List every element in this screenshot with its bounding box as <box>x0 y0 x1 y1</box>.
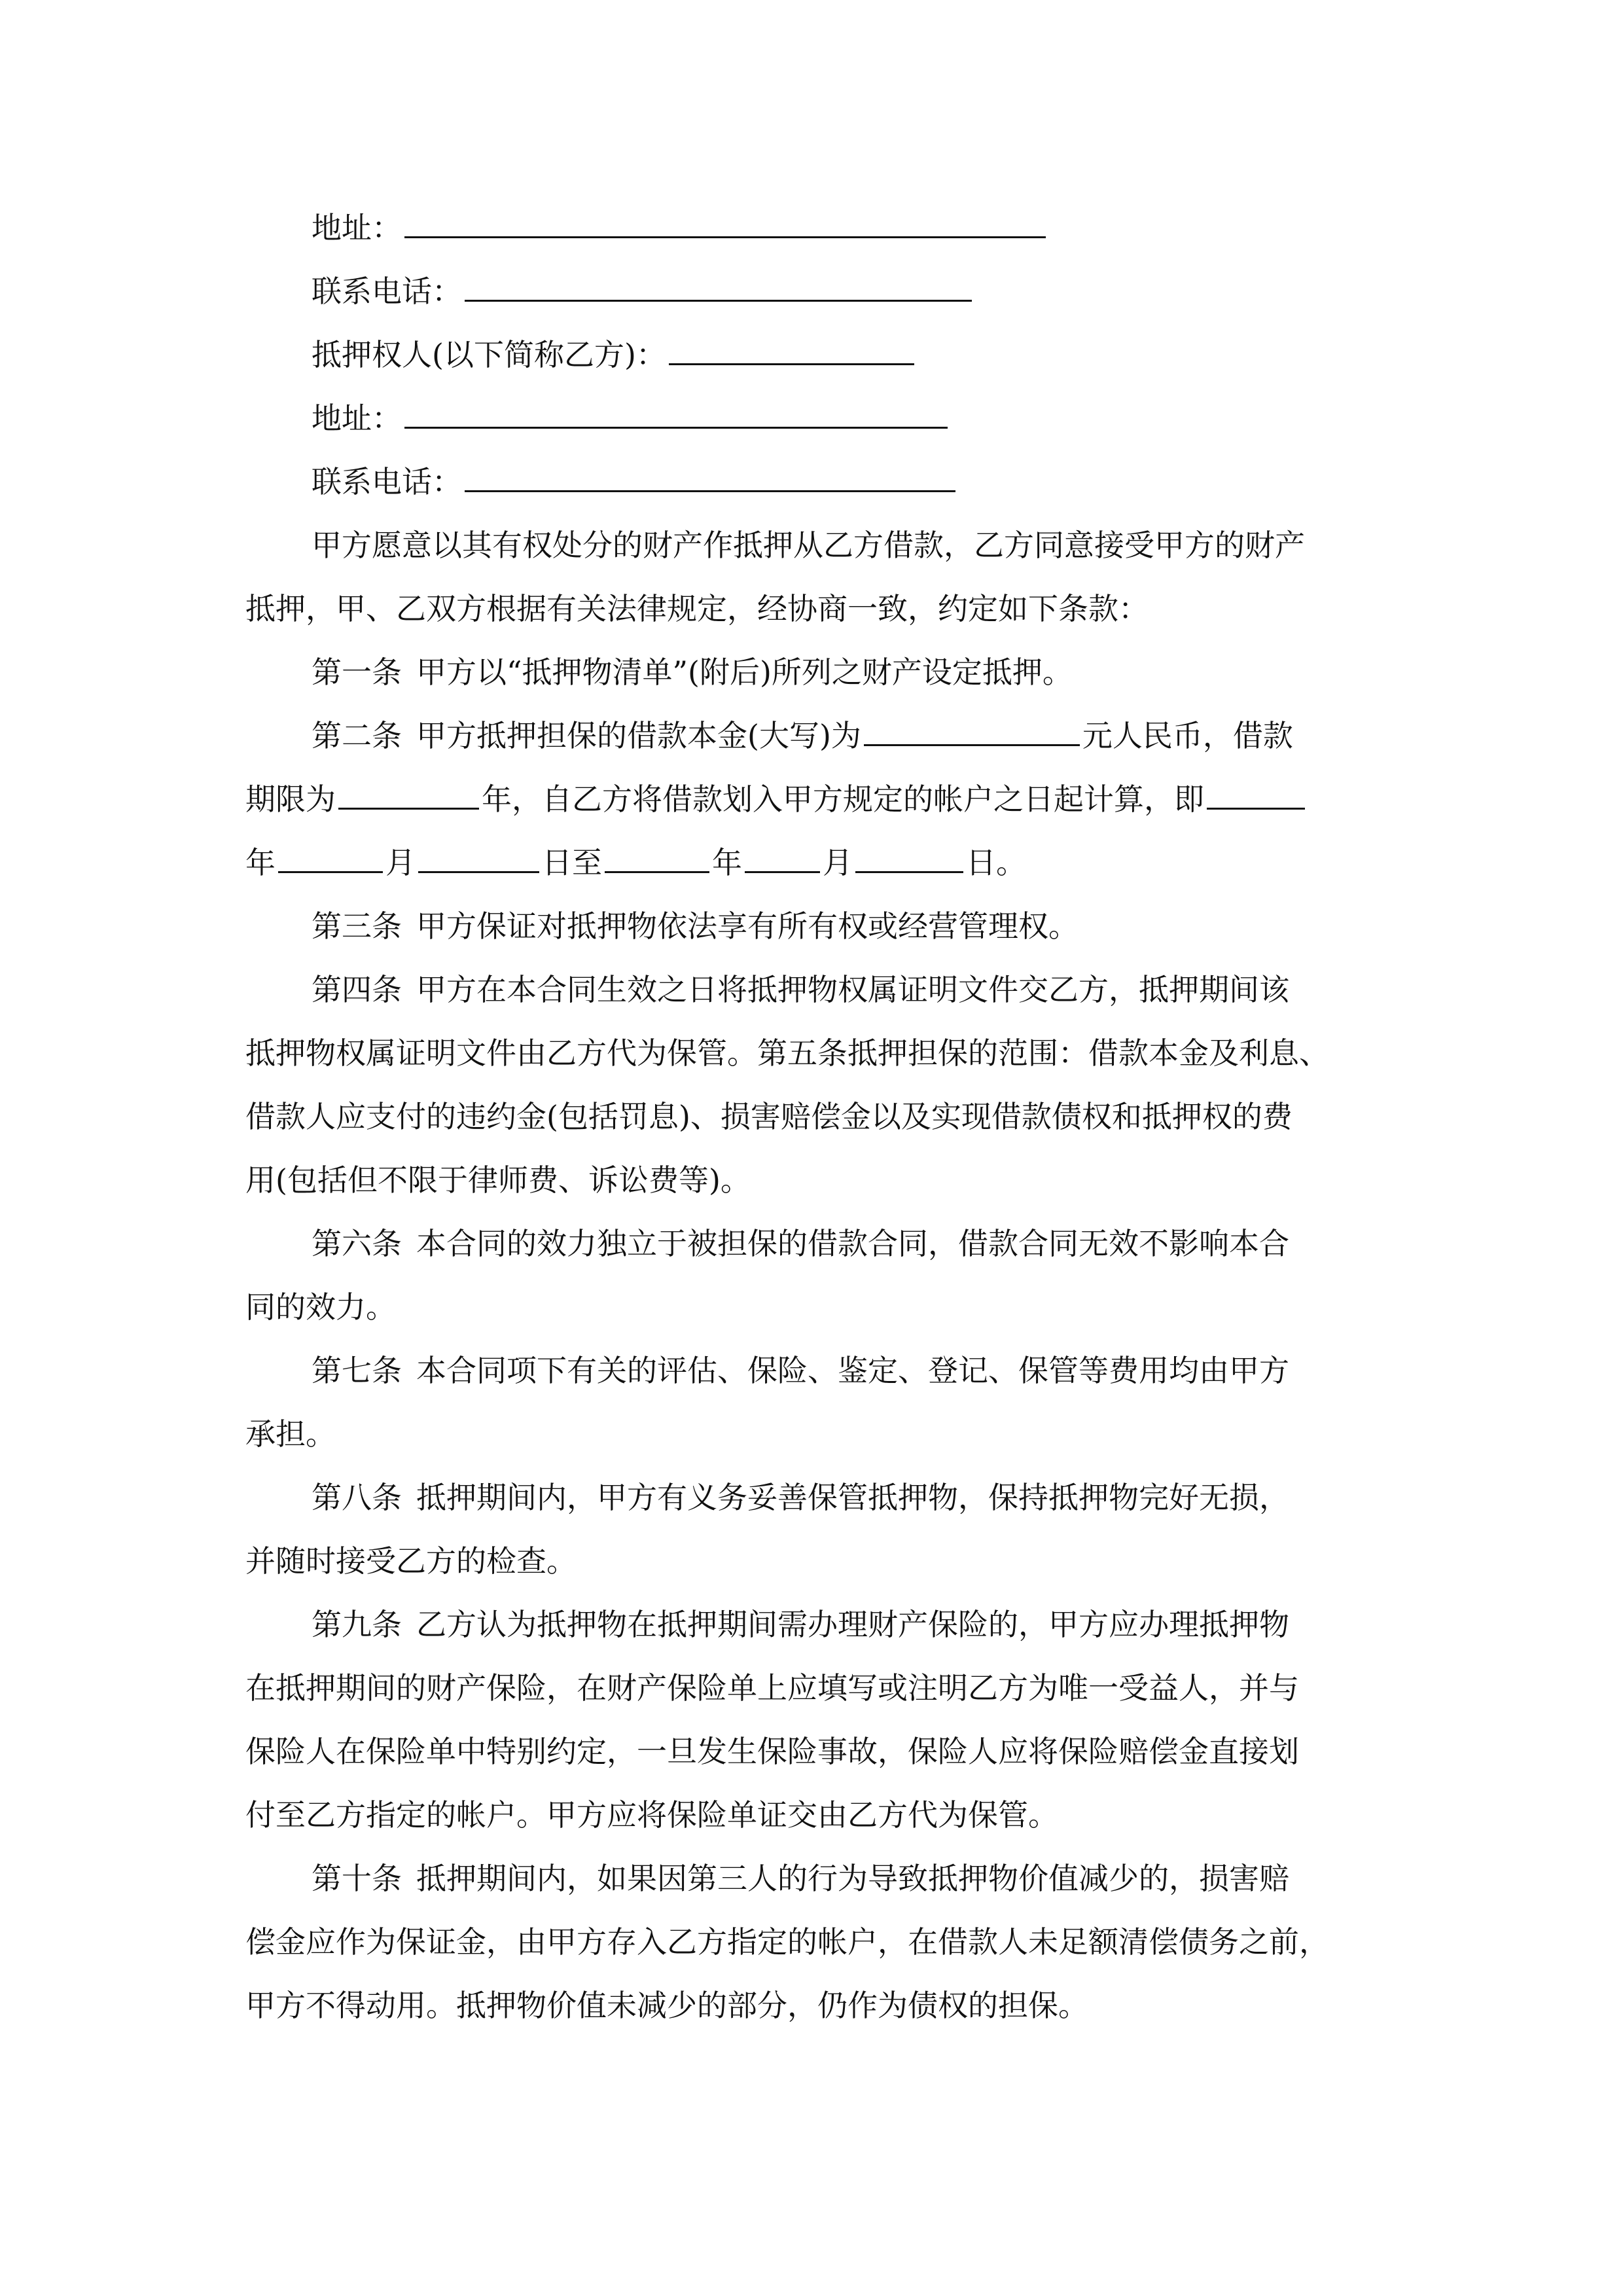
article-title: 第四条 <box>312 972 402 1007</box>
article-10: 第十条抵押期间内，如果因第三人的行为导致抵押物价值减少的，损害赔 <box>245 1847 1374 1910</box>
field-address-b: 地址： <box>245 387 1374 450</box>
article-4-line: 抵押物权属证明文件由乙方代为保管。第五条抵押担保的范围：借款本金及利息、 <box>245 1022 1374 1085</box>
article-10-line: 偿金应作为保证金，由甲方存入乙方指定的帐户，在借款人未足额清偿债务之前， <box>245 1910 1374 1974</box>
end-year-blank[interactable] <box>605 845 709 873</box>
article-text: 抵押期间内，甲方有义务妥善保管抵押物，保持抵押物完好无损， <box>416 1480 1289 1515</box>
field-label: 抵押权人(以下简称乙方)： <box>312 337 666 372</box>
article-10-line: 甲方不得动用。抵押物价值未减少的部分，仍作为债权的担保。 <box>245 1974 1374 2037</box>
article-7: 第七条本合同项下有关的评估、保险、鉴定、登记、保管等费用均由甲方 <box>245 1339 1374 1403</box>
article-4: 第四条甲方在本合同生效之日将抵押物权属证明文件交乙方，抵押期间该 <box>245 958 1374 1022</box>
article-text: 甲方以“抵押物清单”(附后)所列之财产设定抵押。 <box>416 655 1073 690</box>
article-text: 期限为 <box>245 781 336 817</box>
article-3: 第三条甲方保证对抵押物依法享有所有权或经营管理权。 <box>245 895 1374 958</box>
article-9-line: 在抵押期间的财产保险，在财产保险单上应填写或注明乙方为唯一受益人，并与 <box>245 1657 1374 1720</box>
contract-page: 地址： 联系电话： 抵押权人(以下简称乙方)： 地址： 联系电话： 甲方愿意以其… <box>245 196 1374 2037</box>
field-phone-b: 联系电话： <box>245 450 1374 514</box>
article-text: 本合同的效力独立于被担保的借款合同，借款合同无效不影响本合 <box>416 1226 1289 1261</box>
phone-blank[interactable] <box>465 274 972 302</box>
article-text: 甲方在本合同生效之日将抵押物权属证明文件交乙方，抵押期间该 <box>416 972 1289 1007</box>
article-6-line: 同的效力。 <box>245 1276 1374 1339</box>
article-text: 抵押期间内，如果因第三人的行为导致抵押物价值减少的，损害赔 <box>416 1861 1289 1896</box>
field-label: 地址： <box>312 210 402 245</box>
article-text: 甲方抵押担保的借款本金(大写)为 <box>416 718 861 753</box>
article-4-line: 借款人应支付的违约金(包括罚息)、损害赔偿金以及实现借款债权和抵押权的费 <box>245 1085 1374 1149</box>
field-label: 地址： <box>312 401 402 436</box>
date-label: 日至 <box>542 845 602 880</box>
article-title: 第十条 <box>312 1861 402 1896</box>
address-blank[interactable] <box>404 210 1046 238</box>
field-label: 联系电话： <box>312 464 462 499</box>
article-2-dates: 年月日至年月日。 <box>245 831 1374 895</box>
field-address-a: 地址： <box>245 196 1374 260</box>
field-phone-a: 联系电话： <box>245 260 1374 323</box>
article-text: 本合同项下有关的评估、保险、鉴定、登记、保管等费用均由甲方 <box>416 1353 1289 1388</box>
preamble-line: 甲方愿意以其有权处分的财产作抵押从乙方借款，乙方同意接受甲方的财产 <box>245 514 1374 577</box>
article-text: 年，自乙方将借款划入甲方规定的帐户之日起计算，即 <box>482 781 1204 817</box>
article-6: 第六条本合同的效力独立于被担保的借款合同，借款合同无效不影响本合 <box>245 1212 1374 1276</box>
article-title: 第八条 <box>312 1480 402 1515</box>
date-label: 年 <box>245 845 276 880</box>
article-text: 乙方认为抵押物在抵押期间需办理财产保险的，甲方应办理抵押物 <box>416 1607 1289 1642</box>
date-label: 年 <box>712 845 742 880</box>
date-label: 月 <box>385 845 416 880</box>
field-mortgagee: 抵押权人(以下简称乙方)： <box>245 323 1374 387</box>
mortgagee-blank[interactable] <box>669 337 914 365</box>
article-8: 第八条抵押期间内，甲方有义务妥善保管抵押物，保持抵押物完好无损， <box>245 1466 1374 1530</box>
field-label: 联系电话： <box>312 274 462 309</box>
article-title: 第一条 <box>312 655 402 690</box>
preamble-line: 抵押，甲、乙双方根据有关法律规定，经协商一致，约定如下条款： <box>245 577 1374 641</box>
address-blank[interactable] <box>404 401 948 429</box>
start-year-blank[interactable] <box>1207 781 1305 810</box>
article-title: 第七条 <box>312 1353 402 1388</box>
article-title: 第九条 <box>312 1607 402 1642</box>
article-9-line: 付至乙方指定的帐户。甲方应将保险单证交由乙方代为保管。 <box>245 1784 1374 1847</box>
article-4-line: 用(包括但不限于律师费、诉讼费等)。 <box>245 1149 1374 1212</box>
date-label: 日。 <box>966 845 1026 880</box>
article-title: 第六条 <box>312 1226 402 1261</box>
start-month-blank[interactable] <box>278 845 383 873</box>
article-8-line: 并随时接受乙方的检查。 <box>245 1530 1374 1593</box>
article-9-line: 保险人在保险单中特别约定，一旦发生保险事故，保险人应将保险赔偿金直接划 <box>245 1720 1374 1784</box>
article-text: 元人民币，借款 <box>1082 718 1293 753</box>
article-7-line: 承担。 <box>245 1403 1374 1466</box>
article-9: 第九条乙方认为抵押物在抵押期间需办理财产保险的，甲方应办理抵押物 <box>245 1593 1374 1657</box>
date-label: 月 <box>823 845 853 880</box>
article-1: 第一条甲方以“抵押物清单”(附后)所列之财产设定抵押。 <box>245 641 1374 704</box>
principal-amount-blank[interactable] <box>864 718 1080 746</box>
end-month-blank[interactable] <box>745 845 820 873</box>
start-day-blank[interactable] <box>418 845 539 873</box>
term-years-blank[interactable] <box>338 781 479 810</box>
article-2-line: 期限为年，自乙方将借款划入甲方规定的帐户之日起计算，即 <box>245 768 1374 831</box>
article-text: 甲方保证对抵押物依法享有所有权或经营管理权。 <box>416 908 1079 944</box>
phone-blank[interactable] <box>465 464 955 492</box>
article-2: 第二条甲方抵押担保的借款本金(大写)为元人民币，借款 <box>245 704 1374 768</box>
end-day-blank[interactable] <box>855 845 963 873</box>
article-title: 第二条 <box>312 718 402 753</box>
article-title: 第三条 <box>312 908 402 944</box>
